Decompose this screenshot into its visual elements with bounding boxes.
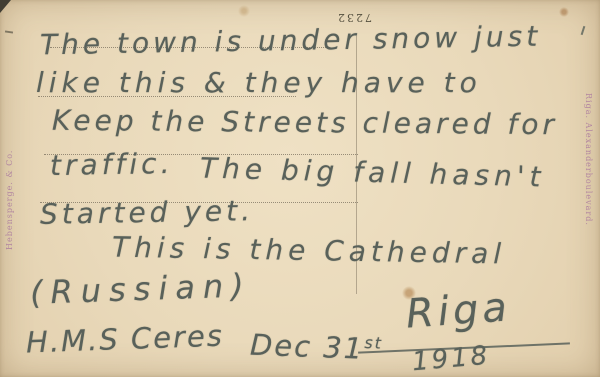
signature-date-main: Dec 31 bbox=[249, 328, 364, 366]
caption-imprint: Riga. Alexanderboulevard. bbox=[584, 93, 593, 226]
corner-shadow bbox=[0, 0, 11, 13]
signature-year: 1918 bbox=[411, 341, 491, 377]
message-line: traffic. bbox=[50, 147, 174, 182]
message-line: (Russian) bbox=[29, 266, 252, 312]
message-line: like this & they have to bbox=[36, 66, 482, 99]
signature-date: Dec 31st bbox=[249, 328, 383, 367]
edge-mark bbox=[5, 30, 13, 33]
message-line: The big fall hasn't bbox=[200, 151, 546, 193]
message-line: Started yet. bbox=[40, 194, 255, 231]
message-line: The town is under snow just bbox=[40, 20, 542, 62]
message-line: Keep the Streets cleared for bbox=[52, 104, 558, 141]
postcard-back: 7232 Hebensperge. & Co. Riga. Alexanderb… bbox=[0, 0, 600, 377]
message-line: This is the Cathedral bbox=[112, 231, 507, 271]
signature-ship: H.M.S Ceres bbox=[25, 319, 224, 360]
publisher-imprint: Hebensperge. & Co. bbox=[5, 150, 14, 250]
stray-pencil-mark bbox=[581, 26, 586, 35]
signature-place: Riga bbox=[405, 284, 513, 337]
